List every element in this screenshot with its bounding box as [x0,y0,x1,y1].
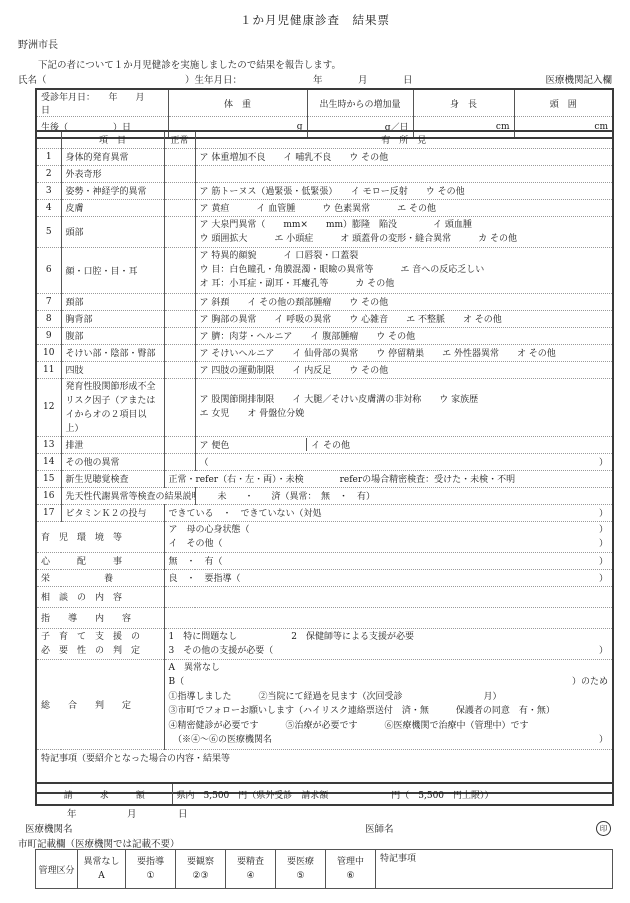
normal-cell [164,199,195,216]
col-normal: 正常 [164,131,195,148]
findings-text: できている ・ できていない（対処） [164,504,613,521]
findings-line: オ 耳：小耳症・副耳・耳瘻孔等 カ その他 [200,277,609,291]
paren-close: ） [599,506,608,519]
legend-row: 管理区分 異常なし A 要指導 ① 要観察 ②③ 要精査 ④ 要医療 ⑤ [36,850,613,889]
head-circumference-label: 頭 囲 [514,89,613,117]
section-label: 栄 養 [36,569,164,586]
normal-cell [164,361,195,378]
dob-day: 日 [403,72,413,86]
management-legend-table: 管理区分 異常なし A 要指導 ① 要観察 ②③ 要精査 ④ 要医療 ⑤ [35,849,613,889]
findings-line: エ 女児 オ 骨盤位分娩 [200,407,609,421]
management-category-label: 管理区分 [36,850,78,889]
weight-label: 体 重 [168,89,307,117]
legend-observation: 要観察 ②③ [176,850,226,889]
stool-color-cell: ア 便色 [196,438,307,451]
row-no: 5 [36,216,61,247]
findings-line: ウ 頭囲拡大 エ 小頭症 オ 頭蓋骨の変形・縫合異常 カ その他 [200,232,609,246]
section-content: A 異常なし B（）のため ①指導しました ②当院にて経過を見ます（次回受診 月… [164,659,613,749]
col-findings: 有 所 見 [195,131,613,148]
section-content: 無 ・ 有（） [164,552,613,569]
findings-line: ア 大泉門異常（ mm× mm）膨隆 陥没 イ 頭血腫 [200,218,609,232]
legend-under-management: 管理中 ⑥ [326,850,376,889]
legend-title: 要観察 [180,855,221,869]
item-label: 発育性股関節形成不全リスク因子（アまたはイからオの２項目以上） [61,378,164,436]
judgement-option-3: ③市町でフォローお願いします（ハイリスク連絡票送付 済・無 保護者の同意 有・無… [169,704,609,719]
item-label: 腹部 [61,327,164,344]
item-label: 胸背部 [61,310,164,327]
judgement-option-4-6: ④精密健診が必要です ⑤治療が必要です ⑥医療機関で治療中（管理中）です [169,719,609,734]
finding-row-2: 2 外表奇形 [36,165,613,182]
paren-close: ） [599,644,608,658]
judgement-b: B（ [169,675,185,690]
legend-medical-care: 要医療 ⑤ [276,850,326,889]
paren-close: ） [599,733,608,748]
finding-row-1: 1 身体的発育異常 ア 体重増加不良 イ 哺乳不良 ウ その他 [36,148,613,165]
section-label: 指 導 内 容 [36,607,164,628]
item-label: 姿勢・神経学的異常 [61,182,164,199]
name-label: 氏名（ [18,72,47,86]
item-label: 外表奇形 [61,165,164,182]
paren-close: ） [599,571,608,584]
item-label: 頭部 [61,216,164,247]
height-label: 身 長 [413,89,514,117]
medical-entry-note: 医療機関記入欄 [545,72,612,86]
legend-code: ⑥ [330,869,371,883]
row-no: 15 [36,470,61,487]
billing-label: 請 求 額 [36,783,172,805]
section-label: 相 談 の 内 容 [36,586,164,607]
findings-text: ア 四肢の運動制限 イ 内反足 ウ その他 [195,361,613,378]
findings-text: ア 股関節開排制限 イ 大腿／そけい皮膚溝の非対称 ウ 家族歴 エ 女児 オ 骨… [195,378,613,436]
addressee: 野洲市長 [18,36,58,51]
item-label: 頚部 [61,293,164,310]
row-no: 16 [36,487,61,504]
row-no: 10 [36,344,61,361]
legend-code: ④ [230,869,271,883]
findings-header-row: 項 目 正常 有 所 見 [36,131,613,148]
finding-row-17: 17 ビタミンＫ２の投与 できている ・ できていない（対処） [36,504,613,521]
normal-cell [164,165,195,182]
finding-row-10: 10 そけい部・陰部・臀部 ア そけいヘルニア イ 仙骨部の異常 ウ 停留精巣 … [36,344,613,361]
mother-condition: ア 母の心身状態（ [169,523,250,537]
visit-date-label: 受診年月日： 年 月 日 [36,89,168,117]
clinic-name-label: 医療機関名 [25,821,73,835]
findings-text [195,165,613,182]
row-no: 13 [36,436,61,453]
findings-text: ア 黄疸 イ 血管腫 ウ 色素異常 エ その他 [195,199,613,216]
worry-options: 無 ・ 有（ [169,554,223,567]
findings-text: 正常・refer（右・左・両）・未検 referの場合精密検査：受けた・未検・不… [164,470,613,487]
row-no: 7 [36,293,61,310]
findings-text: ア そけいヘルニア イ 仙骨部の異常 ウ 停留精巣 エ 外性器異常 オ その他 [195,344,613,361]
findings-text: ア 胸部の異常 イ 呼吸の異常 ウ 心雑音 エ 不整脈 オ その他 [195,310,613,327]
dob-label: ）生年月日： [185,72,242,86]
findings-text: ア 筋トーヌス（過緊張・低緊張） イ モロー反射 ウ その他 [195,182,613,199]
worry-row: 心 配 事 無 ・ 有（） [36,552,613,569]
item-label: そけい部・陰部・臀部 [61,344,164,361]
finding-row-4: 4 皮膚 ア 黄疸 イ 血管腫 ウ 色素異常 エ その他 [36,199,613,216]
findings-line: ア 股関節開排制限 イ 大腿／そけい皮膚溝の非対称 ウ 家族歴 [200,393,609,407]
billing-table: 請 求 額 県内 5,500 円（県外受診 請求額 円（ 5,500 円上限）） [35,782,614,806]
finding-row-8: 8 胸背部 ア 胸部の異常 イ 呼吸の異常 ウ 心雑音 エ 不整脈 オ その他 [36,310,613,327]
item-label: 先天性代謝異常等検査の結果説明 [61,487,195,504]
paren-close: ） [599,523,608,537]
support-judgement-row: 子 育 て 支 援 の 必 要 性 の 判 定 1 特に問題なし 2 保健師等に… [36,628,613,659]
result-form-page: １か月児健康診査 結果票 野洲市長 下記の者について１か月児健診を実施しましたの… [0,0,630,903]
row-no: 2 [36,165,61,182]
row-no: 14 [36,453,61,470]
row-no: 17 [36,504,61,521]
row-no: 4 [36,199,61,216]
finding-row-16: 16 先天性代謝異常等検査の結果説明 未 ・ 済（異常： 無 ・ 有） [36,487,613,504]
section-content: ア 母の心身状態（） イ その他（） [164,521,613,552]
finding-row-6: 6 顔・口腔・目・耳 ア 特異的顔貌 イ 口唇裂・口蓋裂 ウ 目：白色瞳孔・角膜… [36,247,613,293]
section-label: 子 育 て 支 援 の 必 要 性 の 判 定 [36,628,164,659]
findings-table: 項 目 正常 有 所 見 1 身体的発育異常 ア 体重増加不良 イ 哺乳不良 ウ… [35,130,614,794]
normal-cell [164,293,195,310]
billing-row: 請 求 額 県内 5,500 円（県外受診 請求額 円（ 5,500 円上限）） [36,783,613,805]
legend-examination: 要精査 ④ [226,850,276,889]
findings-line: ア 特異的顔貌 イ 口唇裂・口蓋裂 [200,249,609,263]
legend-title: 管理中 [330,855,371,869]
judgement-b-end: ）のため [572,675,608,690]
row-no: 12 [36,378,61,436]
date-month: 月 [127,806,137,820]
finding-row-5: 5 頭部 ア 大泉門異常（ mm× mm）膨隆 陥没 イ 頭血腫 ウ 頭囲拡大 … [36,216,613,247]
dob-month: 月 [358,72,368,86]
finding-row-14: 14 その他の異常 （） [36,453,613,470]
legend-title: 要医療 [280,855,321,869]
normal-cell [164,148,195,165]
finding-row-11: 11 四肢 ア 四肢の運動制限 イ 内反足 ウ その他 [36,361,613,378]
finding-row-3: 3 姿勢・神経学的異常 ア 筋トーヌス（過緊張・低緊張） イ モロー反射 ウ そ… [36,182,613,199]
findings-text: ア 体重増加不良 イ 哺乳不良 ウ その他 [195,148,613,165]
paren-close: ） [599,455,608,468]
support-other: 3 その他の支援が必要（ [169,644,274,658]
item-label: ビタミンＫ２の投与 [61,504,164,521]
findings-line: ウ 目：白色瞳孔・角膜混濁・眼瞼の異常等 エ 音への反応乏しい [200,263,609,277]
intro-sentence: 下記の者について１か月児健診を実施しましたので結果を報告します。 [38,57,341,71]
normal-cell [164,327,195,344]
item-label: 皮膚 [61,199,164,216]
findings-text: ア 大泉門異常（ mm× mm）膨隆 陥没 イ 頭血腫 ウ 頭囲拡大 エ 小頭症… [195,216,613,247]
legend-title: 要精査 [230,855,271,869]
legend-code: A [82,869,121,883]
normal-cell [164,378,195,436]
paren-open: （ [200,455,209,468]
normal-cell [164,216,195,247]
section-content [164,586,613,607]
findings-text: （） [195,453,613,470]
overall-judgement-row: 総 合 判 定 A 異常なし B（）のため ①指導しました ②当院にて経過を見ま… [36,659,613,749]
item-label: その他の異常 [61,453,164,470]
care-environment-row: 育 児 環 境 等 ア 母の心身状態（） イ その他（） [36,521,613,552]
col-item: 項 目 [61,131,164,148]
legend-notes-label: 特記事項 [376,850,613,889]
item-label: 身体的発育異常 [61,148,164,165]
billing-amount: 県内 5,500 円（県外受診 請求額 円（ 5,500 円上限）） [172,783,613,805]
page-title: １か月児健康診査 結果票 [0,12,630,28]
findings-text: 未 ・ 済（異常： 無 ・ 有） [195,487,613,504]
finding-row-15: 15 新生児聴覚検査 正常・refer（右・左・両）・未検 referの場合精密… [36,470,613,487]
date-day: 日 [178,806,188,820]
row-no: 9 [36,327,61,344]
finding-row-12: 12 発育性股関節形成不全リスク因子（アまたはイからオの２項目以上） ア 股関節… [36,378,613,436]
judgement-option-1-2: ①指導しました ②当院にて経過を見ます（次回受診 月） [169,690,609,705]
label-line: 必 要 性 の 判 定 [41,644,160,658]
item-label: 四肢 [61,361,164,378]
name-dob-line: 氏名（ ）生年月日： 年 月 日 医療機関記入欄 [0,72,630,86]
normal-cell [164,247,195,293]
section-label: 心 配 事 [36,552,164,569]
section-content: 良 ・ 要指導（） [164,569,613,586]
row-no: 6 [36,247,61,293]
row-no: 3 [36,182,61,199]
findings-text: ア 斜頚 イ その他の頚部腫瘤 ウ その他 [195,293,613,310]
nutrition-options: 良 ・ 要指導（ [169,571,241,584]
municipal-section-label: 市町記載欄（医療機関では記載不要） [18,836,180,850]
guidance-row: 指 導 内 容 [36,607,613,628]
support-option-line: 1 特に問題なし 2 保健師等による支援が必要 [169,630,609,644]
institution-name-note: （※④～⑥の医療機関名 [169,733,273,748]
row-no: 11 [36,361,61,378]
legend-guidance: 要指導 ① [126,850,176,889]
finding-row-7: 7 頚部 ア 斜頚 イ その他の頚部腫瘤 ウ その他 [36,293,613,310]
legend-code: ⑤ [280,869,321,883]
legend-code: ②③ [180,869,221,883]
measurement-header-row: 受診年月日： 年 月 日 体 重 出生時からの増加量 身 長 頭 囲 [36,89,613,117]
row-no: 1 [36,148,61,165]
date-year: 年 [67,806,77,820]
nutrition-row: 栄 養 良 ・ 要指導（） [36,569,613,586]
legend-title: 異常なし [82,855,121,869]
normal-cell [164,436,195,453]
env-other: イ その他（ [169,537,223,551]
findings-text: ア 臍：肉芽・ヘルニア イ 腹部腫瘤 ウ その他 [195,327,613,344]
normal-cell [164,182,195,199]
label-line: 子 育 て 支 援 の [41,630,160,644]
section-content [164,607,613,628]
legend-title: 要指導 [130,855,171,869]
findings-subcells: ア 便色 イ その他 [195,436,613,453]
finding-row-9: 9 腹部 ア 臍：肉芽・ヘルニア イ 腹部腫瘤 ウ その他 [36,327,613,344]
finding-row-13: 13 排泄 ア 便色 イ その他 [36,436,613,453]
findings-text: ア 特異的顔貌 イ 口唇裂・口蓋裂 ウ 目：白色瞳孔・角膜混濁・眼瞼の異常等 エ… [195,247,613,293]
item-label: 新生児聴覚検査 [61,470,164,487]
paren-close: ） [599,537,608,551]
other-cell: イ その他 [306,438,413,451]
normal-cell [164,310,195,327]
doctor-name-label: 医師名 [365,821,394,835]
item-label: 排泄 [61,436,164,453]
vitamin-k2-options: できている ・ できていない（対処 [169,506,322,519]
paren-close: ） [599,554,608,567]
gain-label: 出生時からの増加量 [307,89,413,117]
consultation-row: 相 談 の 内 容 [36,586,613,607]
legend-code: ① [130,869,171,883]
seal-mark: 印 [596,821,611,836]
section-label: 育 児 環 境 等 [36,521,164,552]
section-label: 総 合 判 定 [36,659,164,749]
normal-cell [164,344,195,361]
judgement-a: A 異常なし [169,661,609,676]
normal-cell [164,453,195,470]
row-no: 8 [36,310,61,327]
section-content: 1 特に問題なし 2 保健師等による支援が必要 3 その他の支援が必要（） [164,628,613,659]
dob-year: 年 [313,72,323,86]
item-label: 顔・口腔・目・耳 [61,247,164,293]
legend-normal: 異常なし A [78,850,126,889]
